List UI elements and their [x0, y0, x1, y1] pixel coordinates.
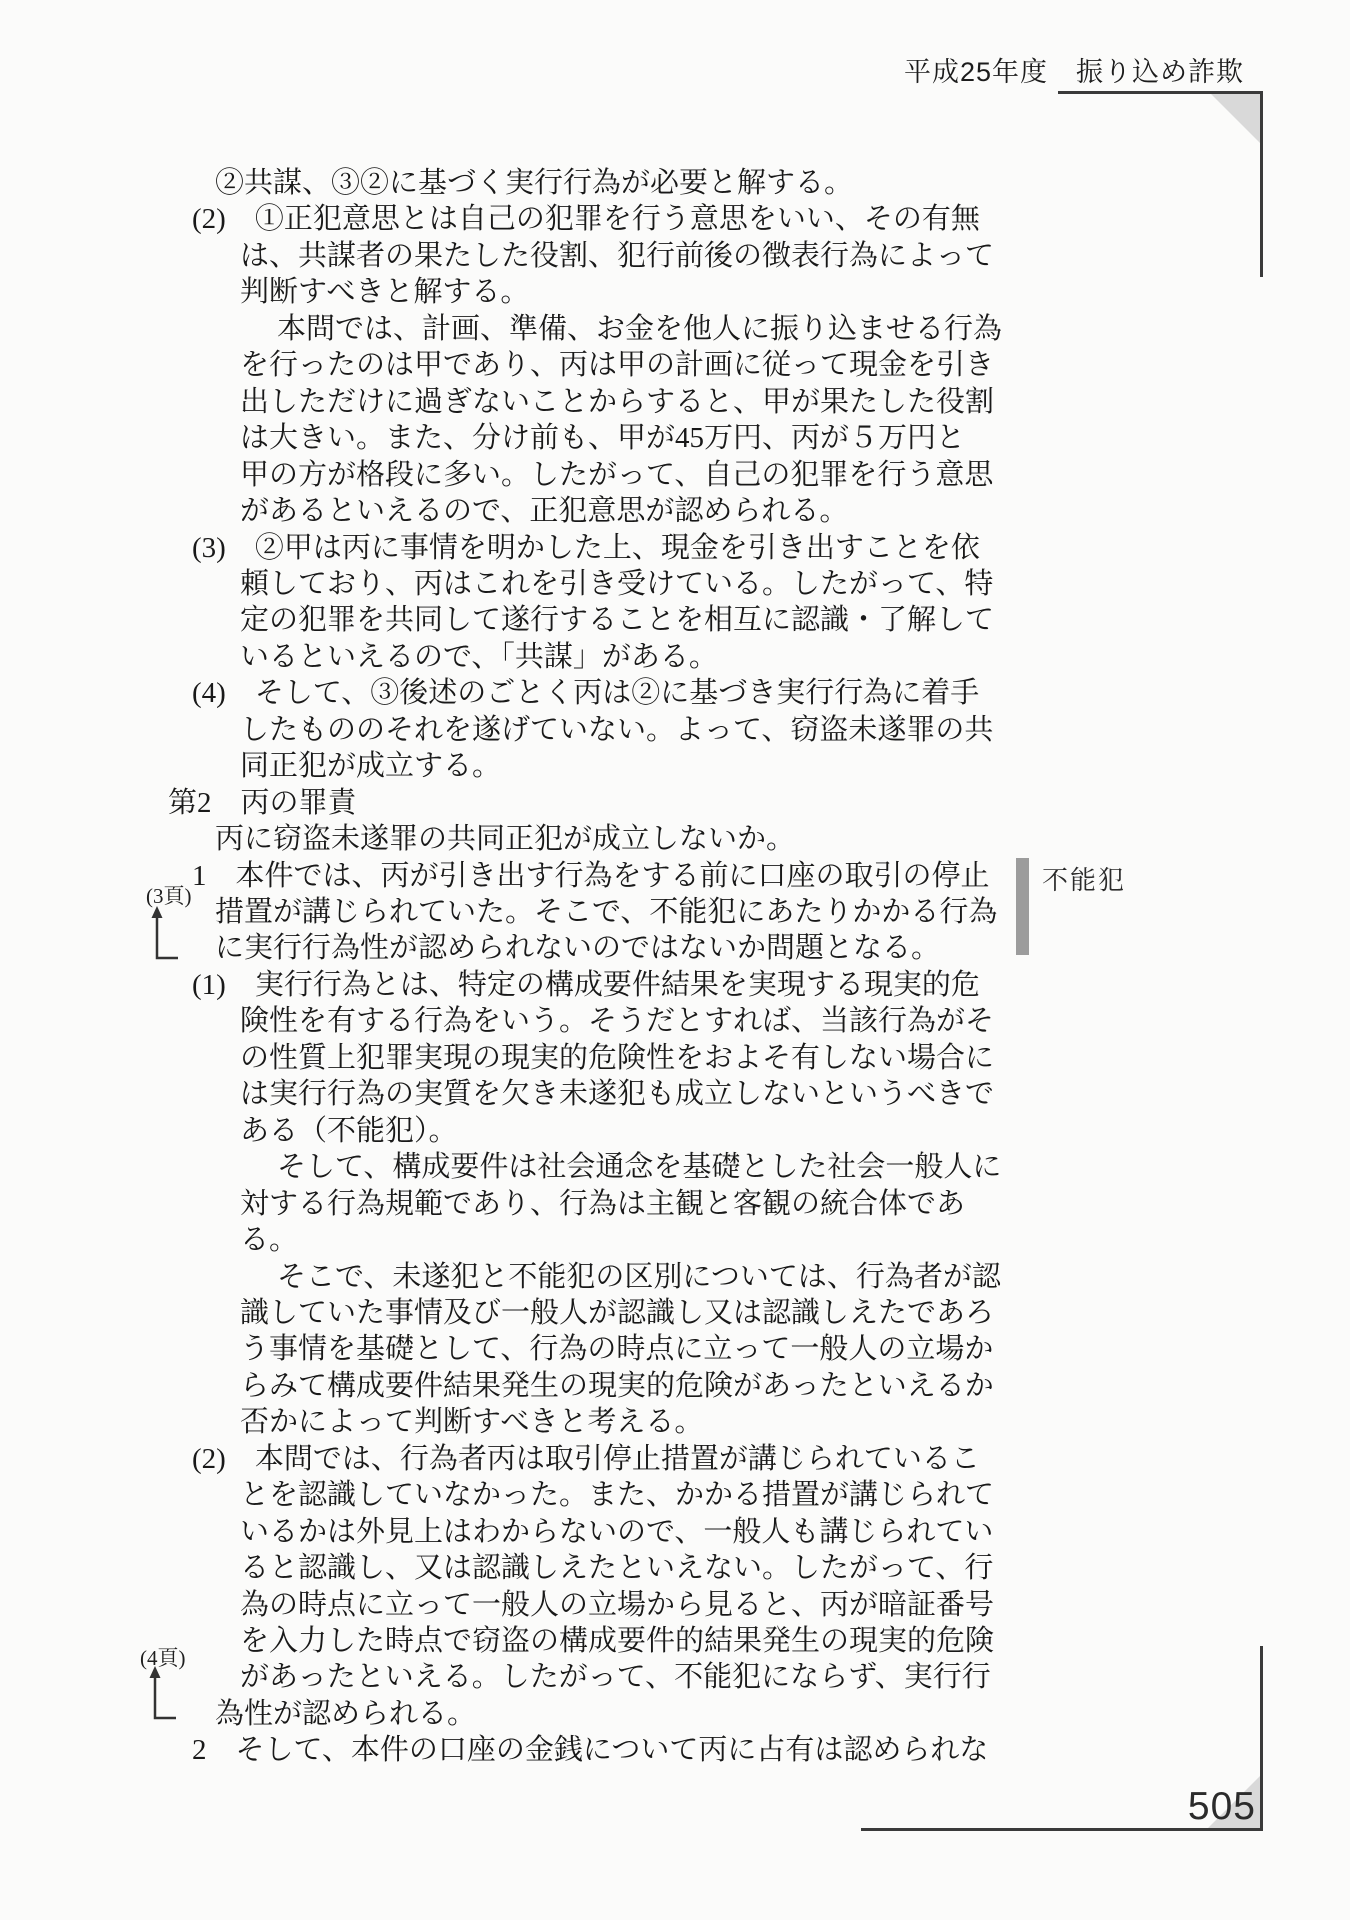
- text-line: の性質上犯罪実現の現実的危険性をおよそ有しない場合に: [240, 1040, 994, 1076]
- text-line: う事情を基礎として、行為の時点に立って一般人の立場か: [240, 1331, 993, 1367]
- text-line: そこで、未遂犯と不能犯の区別については、行為者が認: [277, 1259, 1001, 1295]
- text-line: 2 そして、本件の口座の金銭について丙に占有は認められな: [192, 1732, 988, 1768]
- text-line: を行ったのは甲であり、丙は甲の計画に従って現金を引き: [240, 347, 994, 383]
- text-line: (4) そして、③後述のごとく丙は②に基づき実行行為に着手: [192, 675, 979, 711]
- text-line: は、共謀者の果たした役割、犯行前後の徴表行為によって: [240, 238, 994, 274]
- text-line: 判断すべきと解する。: [240, 274, 529, 310]
- text-line: 険性を有する行為をいう。そうだとすれば、当該行為がそ: [240, 1003, 994, 1039]
- text-line: があったといえる。したがって、不能犯にならず、実行行: [240, 1659, 991, 1695]
- text-line: 丙に窃盗未遂罪の共同正犯が成立しないか。: [215, 821, 795, 857]
- text-line: 対する行為規範であり、行為は主観と客観の統合体であ: [240, 1186, 965, 1222]
- text-line: 定の犯罪を共同して遂行することを相互に認識・了解して: [240, 602, 994, 638]
- text-line: 第2 丙の罪責: [168, 785, 357, 821]
- text-line: したもののそれを遂げていない。よって、窃盗未遂罪の共: [240, 712, 993, 748]
- text-line: (2) ①正犯意思とは自己の犯罪を行う意思をいい、その有無: [192, 201, 980, 237]
- text-line: いるかは外見上はわからないので、一般人も講じられてい: [240, 1514, 993, 1550]
- text-line: とを認識していなかった。また、かかる措置が講じられて: [240, 1477, 994, 1513]
- text-line: 頼しており、丙はこれを引き受けている。したがって、特: [240, 566, 993, 602]
- text-line: ②共謀、③②に基づく実行行為が必要と解する。: [215, 165, 853, 201]
- text-line: 同正犯が成立する。: [240, 748, 501, 784]
- text-line: に実行行為性が認められないのではないか問題となる。: [215, 930, 940, 966]
- text-line: 識していた事情及び一般人が認識し又は認識しえたであろ: [240, 1295, 994, 1331]
- index-tab-bar: [1016, 858, 1029, 955]
- up-arrow-icon: [148, 906, 184, 966]
- text-line: 甲の方が格段に多い。したがって、自己の犯罪を行う意思: [240, 457, 993, 493]
- text-line: 出しただけに過ぎないことからすると、甲が果たした役割: [240, 384, 994, 420]
- text-line: 為性が認められる。: [215, 1696, 476, 1732]
- text-line: ある（不能犯）。: [240, 1113, 458, 1149]
- right-border-line-top: [1260, 91, 1263, 277]
- page-number: 505: [1188, 1785, 1256, 1829]
- text-line: (1) 実行行為とは、特定の構成要件結果を実現する現実的危: [192, 967, 980, 1003]
- page-header-title: 平成25年度 振り込め詐欺: [904, 50, 1244, 89]
- text-line: を入力した時点で窃盗の構成要件的結果発生の現実的危険: [240, 1623, 994, 1659]
- text-line: 否かによって判断すべきと考える。: [240, 1404, 703, 1440]
- up-arrow-icon: [146, 1666, 182, 1726]
- text-line: 1 本件では、丙が引き出す行為をする前に口座の取引の停止: [192, 858, 990, 894]
- text-line: いるといえるので、「共謀」がある。: [240, 639, 718, 675]
- document-page: 平成25年度 振り込め詐欺 ②共謀、③②に基づく実行行為が必要と解する。(2) …: [0, 0, 1350, 1920]
- text-line: そして、構成要件は社会通念を基礎とした社会一般人に: [277, 1149, 1001, 1185]
- text-line: 本問では、計画、準備、お金を他人に振り込ませる行為: [277, 311, 1002, 347]
- text-line: 為の時点に立って一般人の立場から見ると、丙が暗証番号: [240, 1587, 994, 1623]
- text-line: る。: [240, 1222, 298, 1258]
- text-line: は大きい。また、分け前も、甲が45万円、丙が５万円と: [240, 420, 965, 456]
- right-border-line-bottom: [1260, 1646, 1263, 1831]
- text-line: 措置が講じられていた。そこで、不能犯にあたりかかる行為: [215, 894, 997, 930]
- text-line: は実行行為の実質を欠き未遂犯も成立しないというべきで: [240, 1076, 994, 1112]
- text-line: ると認識し、又は認識しえたといえない。したがって、行: [240, 1550, 993, 1586]
- text-line: があるといえるので、正犯意思が認められる。: [240, 493, 848, 529]
- text-line: (3) ②甲は丙に事情を明かした上、現金を引き出すことを依: [192, 530, 980, 566]
- text-line: (2) 本問では、行為者丙は取引停止措置が講じられているこ: [192, 1441, 980, 1477]
- folded-corner-icon-top: [1211, 94, 1260, 143]
- text-line: らみて構成要件結果発生の現実的危険があったといえるか: [240, 1368, 994, 1404]
- index-tab-label: 不能犯: [1042, 860, 1126, 897]
